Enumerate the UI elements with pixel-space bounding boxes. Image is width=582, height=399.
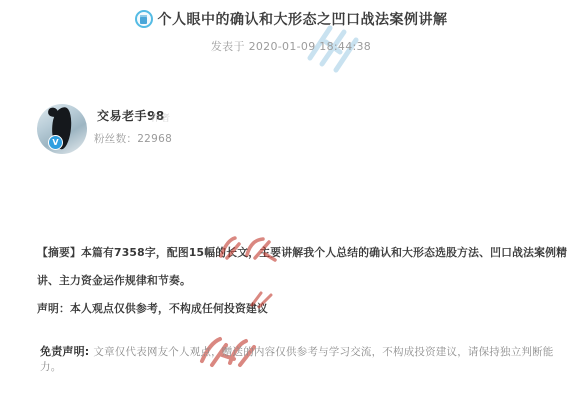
fans-count: 粉丝数：22968: [94, 131, 172, 146]
article-header: 个人眼中的确认和大形态之凹口战法案例讲解: [0, 9, 582, 29]
gift-badge-icon: [135, 10, 153, 28]
author-block: V 交易老手98 作者 粉丝数：22968: [37, 104, 337, 156]
abstract-line-1: 【摘要】本篇有7358字，配图15幅的长文，主要讲解我个人总结的确认和大形态选股…: [37, 239, 573, 295]
disclaimer: 免责声明:文章仅代表网友个人观点，赠送的内容仅供参考与学习交流，不构成投资建议，…: [40, 343, 560, 374]
page-title: 个人眼中的确认和大形态之凹口战法案例讲解: [158, 9, 448, 29]
fans-value: 22968: [137, 133, 172, 145]
verified-badge-icon: V: [48, 135, 63, 150]
fans-label: 粉丝数：: [94, 133, 137, 145]
author-role-label: 作者: [151, 111, 171, 124]
disclaimer-label: 免责声明:: [40, 345, 89, 358]
abstract-line-2: 声明：本人观点仅供参考，不构成任何投资建议: [37, 295, 573, 323]
abstract-paragraph: 【摘要】本篇有7358字，配图15幅的长文，主要讲解我个人总结的确认和大形态选股…: [37, 239, 573, 323]
publish-date: 发表于 2020-01-09 18:44:38: [0, 38, 582, 54]
author-avatar[interactable]: [37, 104, 87, 154]
disclaimer-text: 文章仅代表网友个人观点，赠送的内容仅供参考与学习交流，不构成投资建议，请保持独立…: [40, 346, 554, 373]
